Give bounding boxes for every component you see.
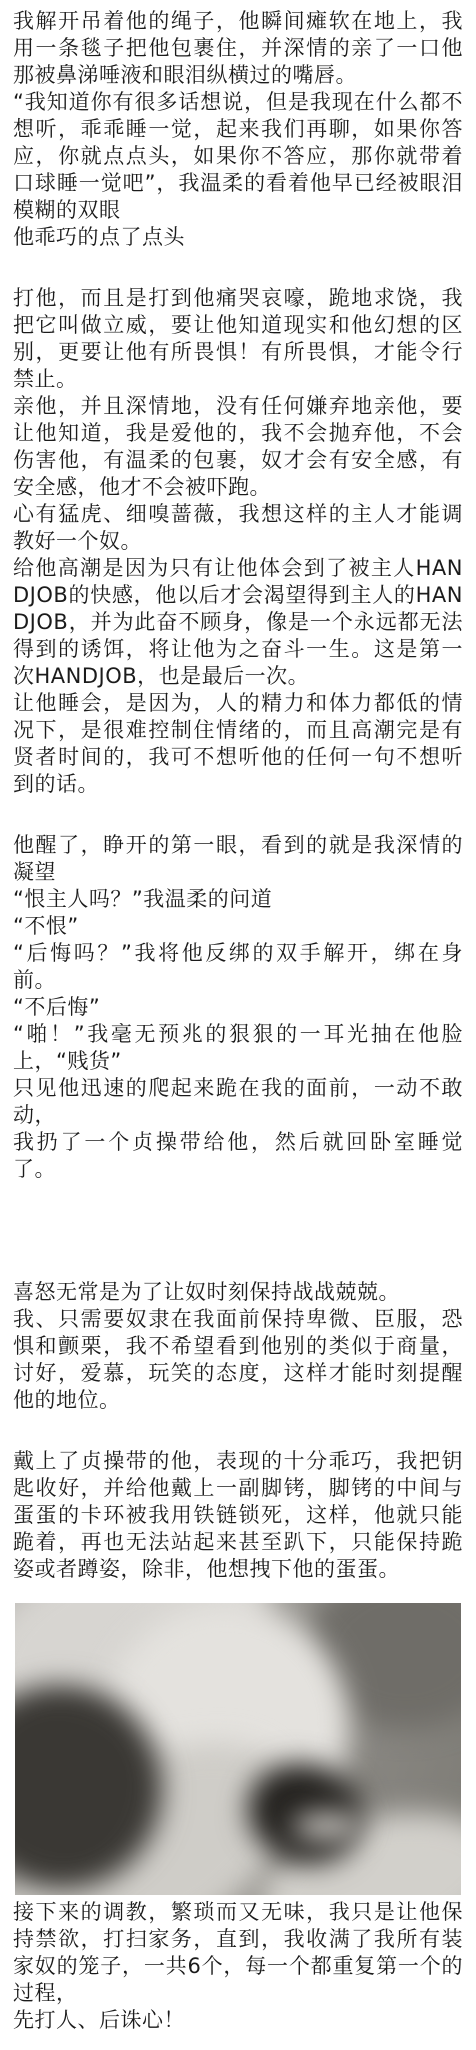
paragraph: 喜怒无常是为了让奴时刻保持战战兢兢。 [13, 1279, 463, 1306]
paragraph: “我知道你有很多话想说，但是我现在什么都不想听，乖乖睡一觉，起来我们再聊，如果你… [13, 89, 463, 224]
article-body: 我解开吊着他的绳子，他瞬间瘫软在地上，我用一条毯子把他包裹住，并深情的亲了一口他… [0, 0, 476, 2050]
paragraph: 我解开吊着他的绳子，他瞬间瘫软在地上，我用一条毯子把他包裹住，并深情的亲了一口他… [13, 8, 463, 89]
paragraph: 戴上了贞操带的他，表现的十分乖巧，我把钥匙收好，并给他戴上一副脚铐，脚铐的中间与… [13, 1448, 463, 1583]
paragraph: 亲他，并且深情地，没有任何嫌弃地亲他，要让他知道，我是爱他的，我不会抛弃他，不会… [13, 393, 463, 501]
paragraph: 我扔了一个贞操带给他，然后就回卧室睡觉了。 [13, 1129, 463, 1183]
paragraph: “啪！”我毫无预兆的狠狠的一耳光抽在他脸上，“贱货” [13, 1021, 463, 1075]
photo-tone-layer [292, 1813, 363, 1839]
paragraph: 我、只需要奴隶在我面前保持卑微、臣服，恐惧和颤栗，我不希望看到他别的类似于商量，… [13, 1306, 463, 1414]
embedded-photo [15, 1603, 461, 1895]
paragraph: 接下来的调教，繁琐而又无味，我只是让他保持禁欲，打扫家务，直到，我收满了我所有装… [13, 1899, 463, 2007]
paragraph: 心有猛虎、细嗅蔷薇，我想这样的主人才能调教好一个奴。 [13, 501, 463, 555]
paragraph: 他醒了，睁开的第一眼，看到的就是我深情的凝望 [13, 832, 463, 886]
paragraph: “恨主人吗？”我温柔的问道 [13, 886, 463, 913]
paragraph: “不恨” [13, 913, 463, 940]
paragraph: “不后悔” [13, 994, 463, 1021]
paragraph: 打他，而且是打到他痛哭哀嚎，跪地求饶，我把它叫做立威，要让他知道现实和他幻想的区… [13, 285, 463, 393]
paragraph: “后悔吗？”我将他反绑的双手解开，绑在身前。 [13, 940, 463, 994]
paragraph: 他乖巧的点了点头 [13, 224, 463, 251]
paragraph: 只见他迅速的爬起来跪在我的面前，一动不敢动， [13, 1075, 463, 1129]
paragraph: 先打人、后诛心！ [13, 2007, 463, 2034]
paragraph: 给他高潮是因为只有让他体会到了被主人HANDJOB的快感，他以后才会渴望得到主人… [13, 555, 463, 690]
paragraph: 让他睡会，是因为，人的精力和体力都低的情况下，是很难控制住情绪的，而且高潮完是有… [13, 690, 463, 798]
